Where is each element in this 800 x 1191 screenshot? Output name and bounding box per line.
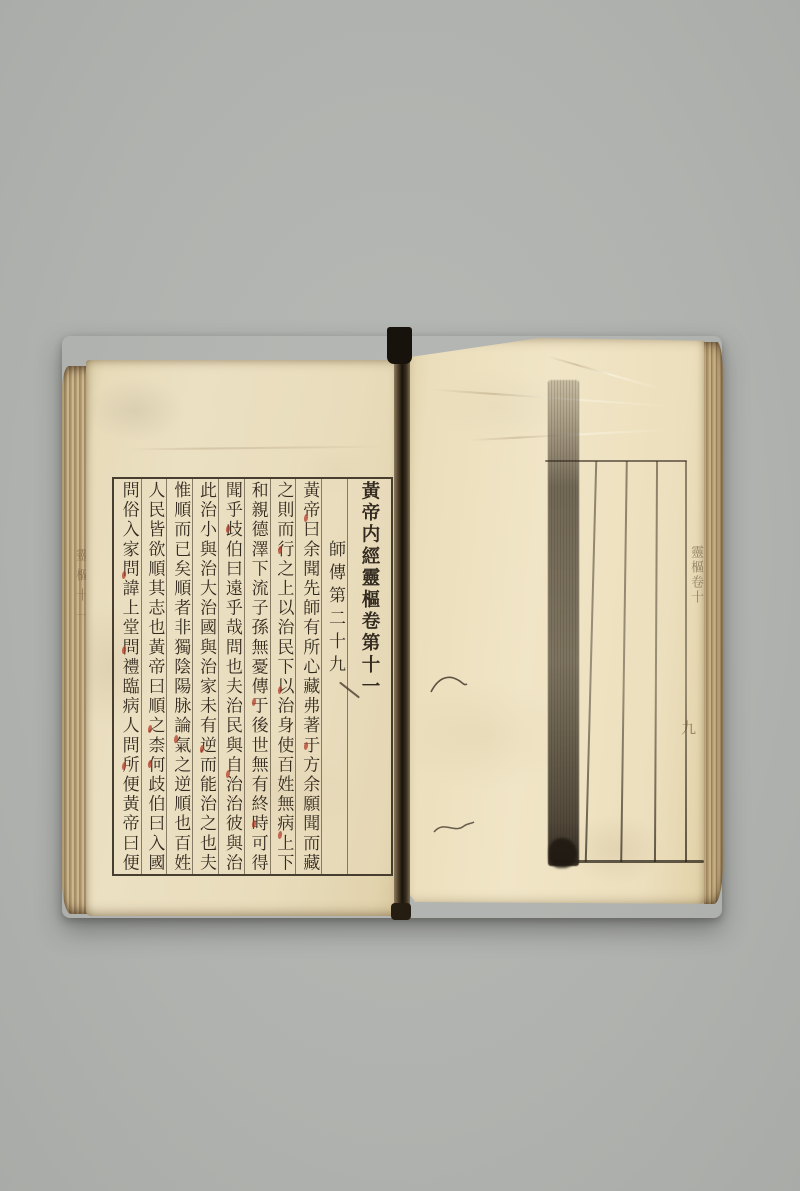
text-column-7: 人民皆欲順其志也黃帝曰順之柰何歧伯曰入國 (141, 479, 167, 874)
text-column-5: 此治小與治大治國與治家未有逆而能治之也夫 (192, 479, 218, 874)
edge-bleed-title-text: 靈樞卷十 (686, 545, 705, 605)
text-column-2: 之則而行之上以治民下以治身使百姓無病上下 (270, 479, 296, 874)
text-column-3: 和親德澤下流子孫無憂傳于後世無有終時可得 (244, 479, 270, 874)
spine-bottom-notch (391, 903, 411, 920)
text-columns: 黃帝内經靈樞卷第十一 師傳第二十九 黃帝曰余聞先師有所心藏弗著于方余願聞而藏 之… (114, 479, 391, 874)
right-fore-edge-stack (704, 342, 723, 904)
scanned-book-photo: 靈樞十一 黃帝内經靈樞卷第十一 師傳第二十九 黃帝曰余聞先師有所心藏弗著于方余願… (0, 0, 800, 1191)
printed-text-frame: 黃帝内經靈樞卷第十一 師傳第二十九 黃帝曰余聞先師有所心藏弗著于方余願聞而藏 之… (112, 477, 393, 876)
text-column-1: 黃帝曰余聞先師有所心藏弗著于方余願聞而藏 (295, 479, 321, 874)
bleed-frame-right-line (685, 461, 687, 862)
spine-top-notch (387, 327, 412, 364)
ink-smudge-band (548, 380, 579, 866)
chapter-title-column: 師傳第二十九 (321, 479, 347, 874)
text-column-8: 問俗入家問諱上堂問禮臨病人問所便黃帝曰便 (115, 479, 141, 874)
ink-squiggle-mark (432, 816, 476, 840)
bleed-frame-top-line (545, 460, 687, 462)
text-column-4: 聞乎歧伯曰遠乎哉問也夫治民與自治治彼與治 (218, 479, 244, 874)
text-column-6: 惟順而已矣順者非獨陰陽脉論氣之逆順也百姓 (166, 479, 192, 874)
ink-squiggle-mark (428, 668, 470, 700)
ink-blob (549, 838, 577, 868)
leaf-number: 九 (681, 717, 696, 738)
volume-title-column: 黃帝内經靈樞卷第十一 (347, 479, 391, 874)
spine-gutter (394, 356, 410, 918)
